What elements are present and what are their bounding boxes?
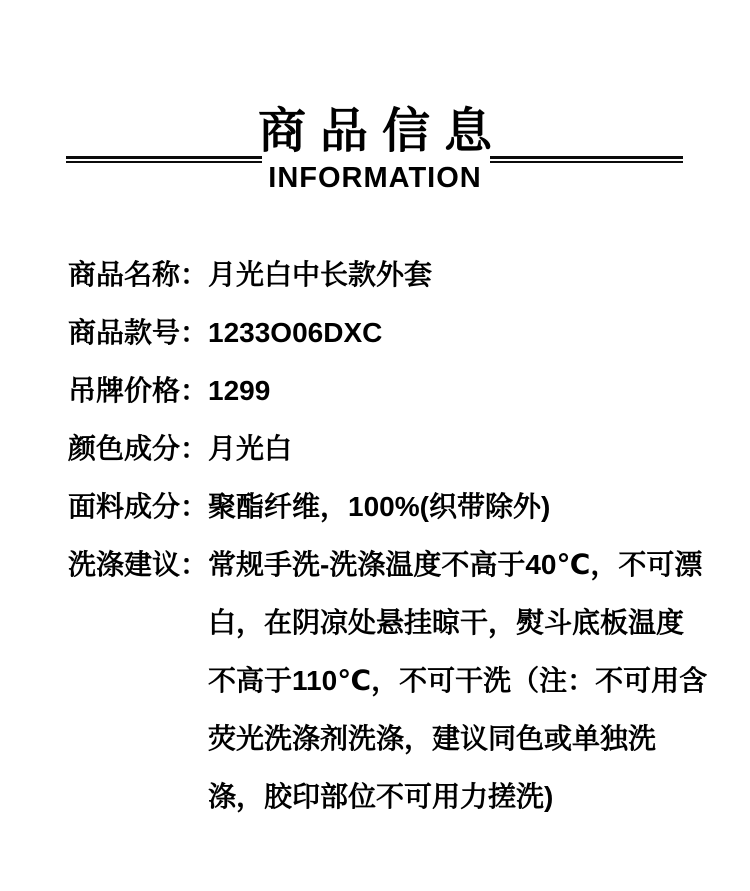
washing-advice-line: 白，在阴凉处悬挂晾干，熨斗底板温度 (208, 594, 707, 652)
page-subtitle: INFORMATION (0, 162, 750, 194)
field-label: 商品名称： (68, 246, 208, 304)
washing-advice-line: 荧光洗涤剂洗涤，建议同色或单独洗 (208, 710, 707, 768)
page-title: 商品信息 (0, 106, 750, 158)
field-label: 商品款号： (68, 304, 208, 362)
washing-advice-line: 涤，胶印部位不可用力搓洗) (208, 768, 707, 826)
field-label: 吊牌价格： (68, 362, 208, 420)
row-product-name: 商品名称： 月光白中长款外套 (68, 246, 688, 304)
field-value: 1299 (208, 362, 688, 420)
product-info-page: 商品信息 INFORMATION 商品名称： 月光白中长款外套 商品款号： 12… (0, 0, 750, 891)
field-list: 商品名称： 月光白中长款外套 商品款号： 1233O06DXC 吊牌价格： 12… (68, 246, 688, 826)
field-label: 颜色成分： (68, 420, 208, 478)
field-value: 月光白中长款外套 (208, 246, 688, 304)
field-value: 1233O06DXC (208, 304, 688, 362)
row-tag-price: 吊牌价格： 1299 (68, 362, 688, 420)
row-washing-advice: 洗涤建议： 常规手洗-洗涤温度不高于40℃，不可漂 白，在阴凉处悬挂晾干，熨斗底… (68, 536, 688, 826)
field-label: 洗涤建议： (68, 536, 208, 594)
field-value: 常规手洗-洗涤温度不高于40℃，不可漂 白，在阴凉处悬挂晾干，熨斗底板温度 不高… (208, 536, 707, 826)
washing-advice-line: 常规手洗-洗涤温度不高于40℃，不可漂 (208, 536, 707, 594)
row-fabric-composition: 面料成分： 聚酯纤维，100%(织带除外) (68, 478, 688, 536)
field-value: 聚酯纤维，100%(织带除外) (208, 478, 688, 536)
field-label: 面料成分： (68, 478, 208, 536)
field-value: 月光白 (208, 420, 688, 478)
row-style-number: 商品款号： 1233O06DXC (68, 304, 688, 362)
washing-advice-line: 不高于110℃，不可干洗（注：不可用含 (208, 652, 707, 710)
row-color-composition: 颜色成分： 月光白 (68, 420, 688, 478)
